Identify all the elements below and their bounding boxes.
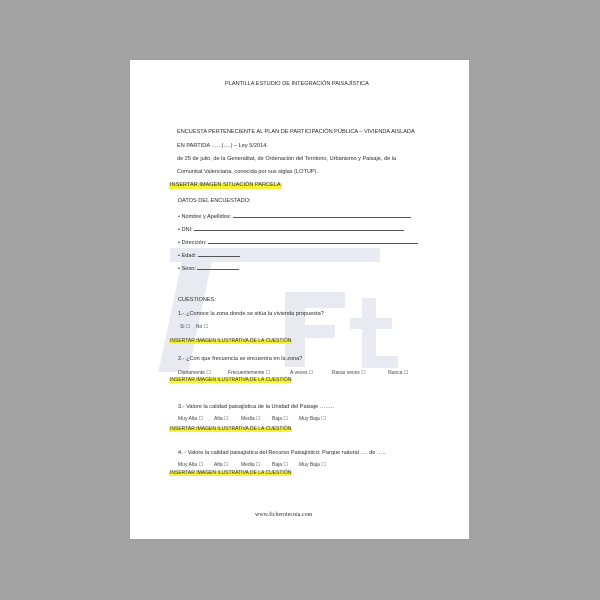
field-age-input[interactable] [198, 251, 240, 257]
option-media[interactable]: Media ☐ [241, 463, 261, 468]
option-muy-baja[interactable]: Muy Baja ☐ [299, 417, 326, 422]
field-dni: • DNI: [178, 225, 404, 234]
option-si[interactable]: Si ☐ [180, 324, 190, 330]
option-raras-veces[interactable]: Raras veces ☐ [332, 371, 366, 376]
field-address-input[interactable] [208, 238, 418, 244]
option-baja[interactable]: Baja ☐ [272, 417, 288, 422]
question-1-options: Si ☐ No ☐ [180, 325, 208, 330]
field-age: • Edad: [178, 251, 240, 260]
field-age-label: • Edad: [178, 253, 196, 259]
questions-heading: CUESTIONES: [178, 298, 216, 304]
question-4-insert-placeholder: INSERTAR IMAGEN ILUSTRATIVA DE LA CUESTI… [169, 471, 292, 476]
footer-website[interactable]: www.ficherotecnia.com [255, 512, 312, 518]
field-name: • Nombre y Apellidos: [178, 212, 411, 221]
field-sex-input[interactable] [197, 264, 239, 270]
question-1-insert-placeholder: INSERTAR IMAGEN ILUSTRATIVA DE LA CUESTI… [169, 339, 292, 344]
field-name-input[interactable] [233, 212, 411, 218]
intro-line-3: de 25 de julio, de la Generalitat, de Or… [177, 157, 396, 163]
field-sex-label: • Sexo: [178, 266, 196, 272]
field-sex: • Sexo: [178, 264, 239, 273]
option-alta[interactable]: Alta ☐ [214, 417, 229, 422]
option-a-veces[interactable]: A veces ☐ [290, 371, 313, 376]
intro-line-1: ENCUESTA PERTENECIENTE AL PLAN DE PARTIC… [177, 130, 415, 136]
option-nunca[interactable]: Nunca ☐ [388, 371, 408, 376]
question-1-text: 1.- ¿Conoce la zona donde se sitúa la vi… [178, 312, 324, 318]
question-4-text: 4. - Valore la calidad paisajística del … [178, 451, 386, 457]
question-2-text: 2.- ¿Con que frecuencia se encuentra en … [178, 357, 302, 363]
option-no[interactable]: No ☐ [196, 324, 208, 330]
option-baja[interactable]: Baja ☐ [272, 463, 288, 468]
option-media[interactable]: Media ☐ [241, 417, 261, 422]
option-alta[interactable]: Alta ☐ [214, 463, 229, 468]
option-diariamente[interactable]: Diariamente ☐ [178, 371, 211, 376]
option-muy-alta[interactable]: Muy Alta ☐ [178, 463, 203, 468]
document-title: PLANTILLA ESTUDIO DE INTEGRACIÓN PAISAJÍ… [225, 82, 369, 88]
intro-line-2: EN PARTIDA ….. (….) – Ley 5/2014. [177, 144, 268, 150]
question-3-insert-placeholder: INSERTAR IMAGEN ILUSTRATIVA DE LA CUESTI… [169, 427, 292, 432]
field-address: • Dirección: [178, 238, 418, 247]
field-dni-label: • DNI: [178, 227, 193, 233]
field-address-label: • Dirección: [178, 240, 206, 246]
option-muy-alta[interactable]: Muy Alta ☐ [178, 417, 203, 422]
respondent-heading: DATOS DEL ENCUESTADO: [178, 199, 251, 205]
option-frecuentemente[interactable]: Frecuentemente ☐ [228, 371, 270, 376]
question-3-text: 3.- Valore la calidad paisajística de la… [178, 405, 334, 411]
option-muy-baja[interactable]: Muy Baja ☐ [299, 463, 326, 468]
field-dni-input[interactable] [194, 225, 404, 231]
intro-line-4: Comunitat Valenciana, conocida por sus s… [177, 170, 318, 176]
document-page: PLANTILLA ESTUDIO DE INTEGRACIÓN PAISAJÍ… [130, 60, 469, 539]
question-2-insert-placeholder: INSERTAR IMAGEN ILUSTRATIVA DE LA CUESTI… [169, 378, 292, 383]
field-name-label: • Nombre y Apellidos: [178, 214, 231, 220]
insert-parcel-image-placeholder: INSERTAR IMAGEN SITUACIÓN PARCELA [169, 183, 282, 189]
